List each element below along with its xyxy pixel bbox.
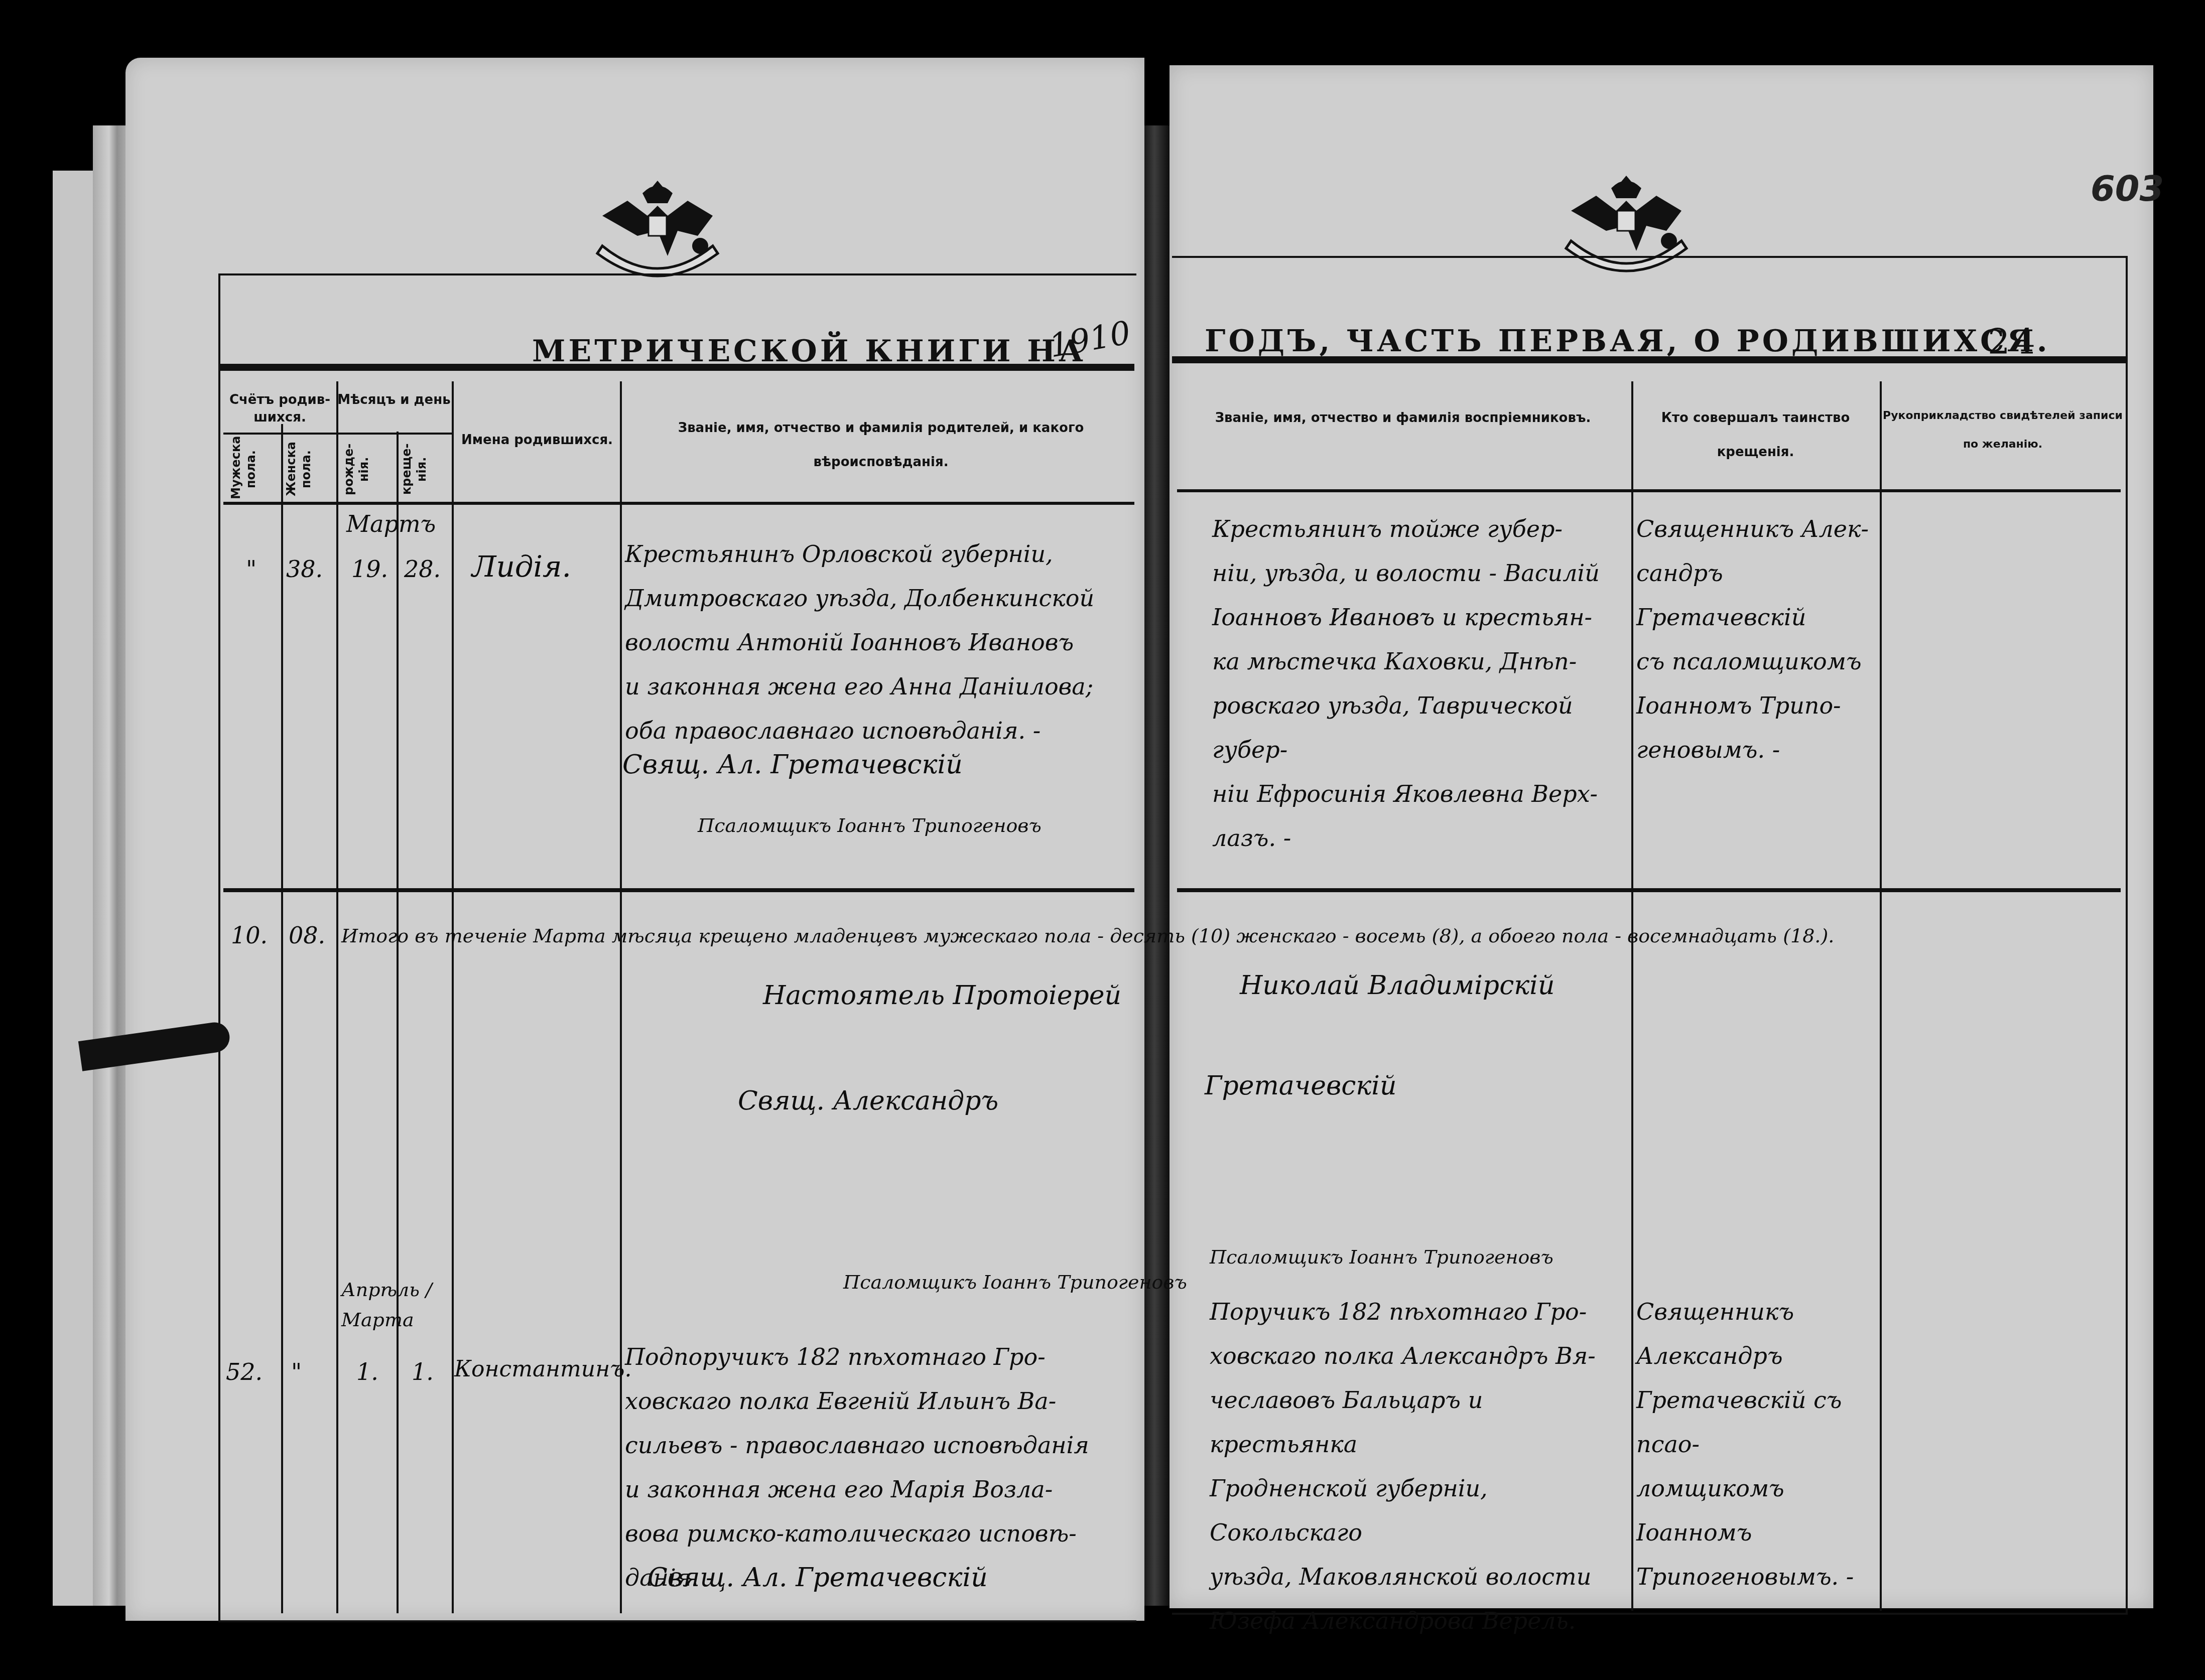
row-separator (223, 888, 1134, 892)
entry-1-godparents: Крестьянинъ тойже губер- ніи, уѣзда, и в… (1212, 507, 1629, 860)
header-date-group: Мѣсяцъ и день (336, 391, 452, 409)
entry-1-psalmist-signature: Псаломщикъ Іоаннъ Трипогеновъ (698, 808, 1042, 843)
subheader-rule (336, 433, 452, 435)
entry-1-parents: Крестьянинъ Орловской губерніи, Дмитровс… (625, 532, 1132, 753)
title-rule-left (218, 364, 1134, 371)
entry-3-male-no: 52. (226, 1350, 263, 1394)
header-names: Имена родившихся. (454, 432, 620, 449)
header-bottom-rule-right (1177, 489, 2121, 492)
header-count-female: Женска пола. (284, 439, 334, 499)
entry-3-godparents: Поручикъ 182 пѣхотнаго Гро- ховскаго пол… (1210, 1290, 1631, 1643)
entry-1-priest-signature: Свящ. Ал. Гретачевскій (622, 743, 963, 787)
entry-3-psalmist-continued: Псаломщикъ Іоаннъ Трипогеновъ (1210, 1239, 1553, 1275)
col-divider (336, 381, 338, 1613)
folio-stamp: 603 (2091, 168, 2164, 209)
rector-title: Настоятель Протоіерей (763, 973, 1121, 1018)
entry-1-female-no: 38. (286, 547, 323, 591)
entry-1-officiant: Священникъ Алек- сандръ Гретачевскій съ … (1636, 507, 1877, 772)
priest-signature: Гретачевскій (1205, 1064, 1396, 1108)
entry-3-priest-signature: Свящ. Ал. Гретачевскій (647, 1556, 988, 1600)
summary-female-total: 08. (289, 913, 325, 957)
col-divider (452, 381, 454, 1613)
col-divider (397, 432, 399, 1613)
book-spine (1144, 125, 1170, 1606)
col-divider (281, 424, 283, 1613)
header-date-birth: рожде-нія. (341, 439, 392, 499)
entry-3-baptism-day: 1. (412, 1350, 434, 1394)
rector-signature: Николай Владимірскій (1240, 963, 1554, 1008)
priest-title: Свящ. Александръ (738, 1079, 998, 1123)
title-rule-right (1172, 356, 2126, 363)
double-headed-eagle-emblem (572, 171, 743, 286)
entry-3-officiant: Священникъ Александръ Гретачевскій съ пс… (1636, 1290, 1877, 1599)
entry-1-month: Мартъ (346, 502, 436, 546)
subheader-rule (223, 433, 336, 435)
col-divider (1880, 381, 1882, 1611)
entry-1-child-name: Лидія. (472, 544, 571, 589)
col-divider (620, 381, 622, 1613)
entry-1-birth-day: 19. (351, 547, 388, 591)
header-parents: Званіе, имя, отчество и фамилія родителе… (625, 411, 1137, 479)
entry-1-baptism-day: 28. (404, 547, 441, 591)
entry-3-month: Апрѣль / Марта (341, 1275, 452, 1335)
header-count-group: Счётъ родив-шихся. (223, 391, 336, 427)
entry-3-birth-day: 1. (356, 1350, 378, 1394)
header-godparents: Званіе, имя, отчество и фамилія воспріем… (1177, 401, 1629, 436)
header-officiant: Кто совершалъ таинство крещенія. (1634, 401, 1877, 469)
entry-3-child-name: Константинъ. (454, 1347, 631, 1391)
header-date-baptism: креще-нія. (399, 439, 449, 499)
header-count-male: Мужеска пола. (228, 439, 279, 499)
summary-text: Итого въ теченіе Марта мѣсяца крещено мл… (341, 918, 2118, 953)
loose-sheet-edge (53, 171, 98, 1606)
entry-3-female-no: " (291, 1350, 302, 1394)
col-divider (1631, 381, 1633, 1611)
header-witnesses: Рукоприкладство свидѣтелей записи по жел… (1882, 401, 2123, 459)
entry-3-psalmist-signature: Псаломщикъ Іоаннъ Трипогеновъ (843, 1265, 1187, 1300)
row-separator (1177, 888, 2121, 892)
summary-male-total: 10. (231, 913, 268, 957)
entry-1-male-no: " (246, 547, 256, 591)
